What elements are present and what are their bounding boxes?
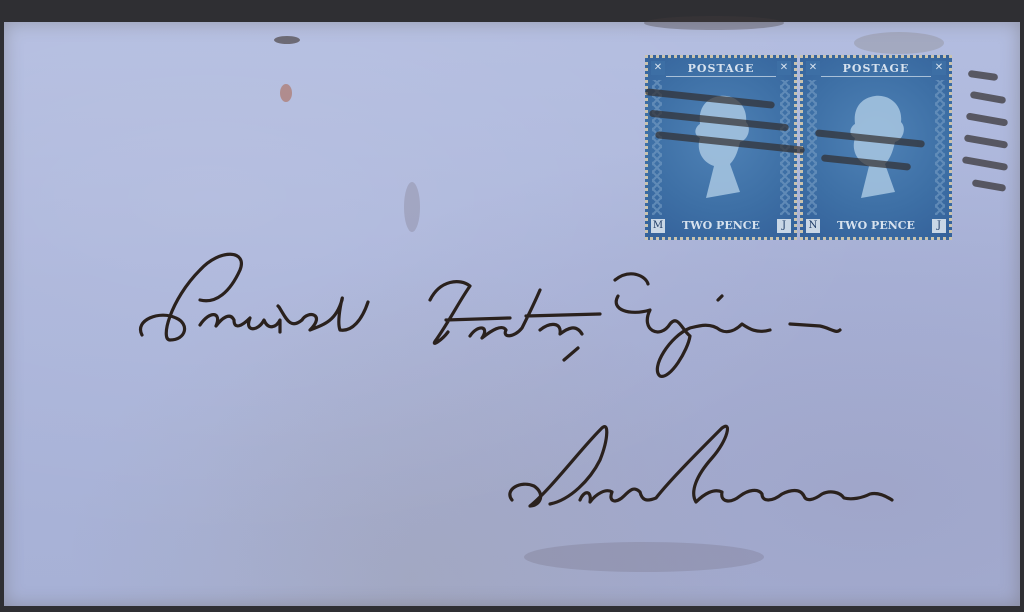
stamp-border bbox=[935, 80, 945, 215]
postmark-bar bbox=[964, 134, 1009, 149]
queen-portrait-icon bbox=[845, 88, 907, 208]
corner-letter: N bbox=[806, 219, 820, 233]
stamp-pair: ✕ POSTAGE ✕ M TWO PENCE J ✕ POSTAGE ✕ N … bbox=[645, 55, 953, 240]
postmark-bar bbox=[970, 91, 1007, 104]
stamp: ✕ POSTAGE ✕ N TWO PENCE J bbox=[800, 55, 952, 240]
address-line-1-handwriting bbox=[130, 240, 940, 380]
stain bbox=[644, 16, 784, 30]
queen-portrait-icon bbox=[690, 88, 752, 208]
postmark-bar bbox=[972, 179, 1007, 192]
stain bbox=[280, 84, 292, 102]
corner-letter: J bbox=[777, 219, 791, 233]
stamp-value-label: TWO PENCE bbox=[668, 219, 774, 233]
postmark-bar bbox=[962, 156, 1009, 171]
corner-letter: M bbox=[651, 219, 665, 233]
postmark-bar bbox=[966, 112, 1009, 126]
stamp-top-label: POSTAGE bbox=[666, 62, 776, 77]
corner-star-icon: ✕ bbox=[806, 61, 820, 75]
stain bbox=[404, 182, 420, 232]
stamp-top-label: POSTAGE bbox=[821, 62, 931, 77]
stain bbox=[274, 36, 300, 44]
corner-letter: J bbox=[932, 219, 946, 233]
corner-star-icon: ✕ bbox=[651, 61, 665, 75]
stamp-border bbox=[807, 80, 817, 215]
stamp-value-label: TWO PENCE bbox=[823, 219, 929, 233]
address-line-2-handwriting bbox=[500, 410, 920, 520]
postmark-bar bbox=[968, 70, 999, 81]
stain bbox=[854, 32, 944, 54]
stain bbox=[524, 542, 764, 572]
stamp-border bbox=[652, 80, 662, 215]
corner-star-icon: ✕ bbox=[777, 61, 791, 75]
corner-star-icon: ✕ bbox=[932, 61, 946, 75]
